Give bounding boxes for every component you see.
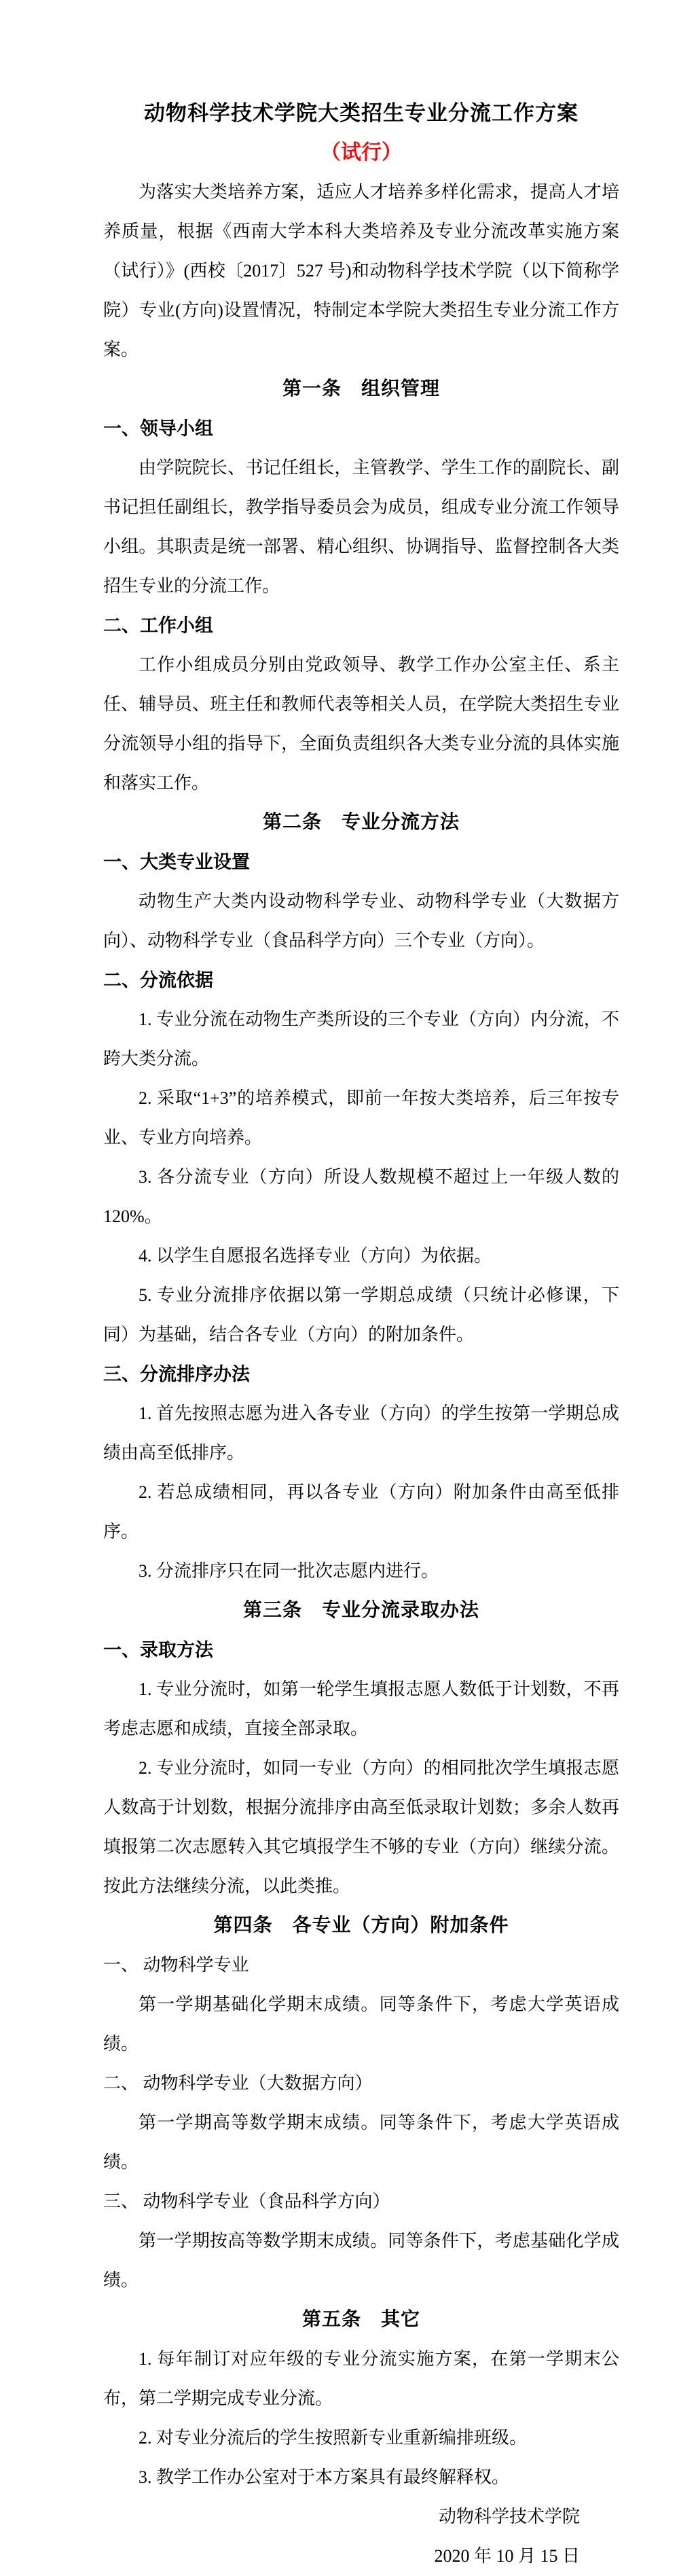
paragraph: 3. 各分流专业（方向）所设人数规模不超过上一年级人数的 120%。 xyxy=(103,1158,619,1236)
item-heading: 一、 动物科学专业 xyxy=(103,1946,619,1985)
item-heading: 三、 动物科学专业（食品科学方向） xyxy=(103,2182,619,2221)
document-subtitle: （试行） xyxy=(103,133,619,173)
section-1-heading: 第一条 组织管理 xyxy=(103,370,619,409)
signature-block: 动物科学技术学院 2020 年 10 月 15 日 xyxy=(103,2497,619,2576)
signature: 动物科学技术学院 xyxy=(103,2497,580,2537)
section-3: 第三条 专业分流录取办法 一、录取方法 1. 专业分流时，如第一轮学生填报志愿人… xyxy=(103,1591,619,1906)
section-3-heading: 第三条 专业分流录取办法 xyxy=(103,1591,619,1630)
section-1: 第一条 组织管理 一、领导小组 由学院院长、书记任组长，主管教学、学生工作的副院… xyxy=(103,370,619,803)
paragraph: 1. 专业分流时，如第一轮学生填报志愿人数低于计划数，不再考虑志愿和成绩，直接全… xyxy=(103,1670,619,1749)
section-2: 第二条 专业分流方法 一、大类专业设置 动物生产大类内设动物科学专业、动物科学专… xyxy=(103,803,619,1591)
paragraph: 工作小组成员分别由党政领导、教学工作办公室主任、系主任、辅导员、班主任和教师代表… xyxy=(103,645,619,803)
document-page: 动物科学技术学院大类招生专业分流工作方案 （试行） 为落实大类培养方案，适应人才… xyxy=(0,0,679,2336)
paragraph: 1. 专业分流在动物生产类所设的三个专业（方向）内分流，不跨大类分流。 xyxy=(103,1000,619,1079)
section-4-heading: 第四条 各专业（方向）附加条件 xyxy=(103,1906,619,1946)
subheading: 一、领导小组 xyxy=(103,409,619,448)
paragraph: 第一学期按高等数学期末成绩。同等条件下，考虑基础化学成绩。 xyxy=(103,2221,619,2300)
paragraph: 2. 专业分流时，如同一专业（方向）的相同批次学生填报志愿人数高于计划数，根据分… xyxy=(103,1749,619,1906)
subheading: 三、分流排序办法 xyxy=(103,1355,619,1394)
paragraph: 第一学期基础化学期末成绩。同等条件下，考虑大学英语成绩。 xyxy=(103,1985,619,2064)
subheading: 二、分流依据 xyxy=(103,961,619,1000)
section-2-heading: 第二条 专业分流方法 xyxy=(103,803,619,842)
paragraph: 动物生产大类内设动物科学专业、动物科学专业（大数据方向）、动物科学专业（食品科学… xyxy=(103,882,619,961)
paragraph: 3. 教学工作办公室对于本方案具有最终解释权。 xyxy=(103,2458,619,2497)
subheading: 二、工作小组 xyxy=(103,606,619,645)
subheading: 一、大类专业设置 xyxy=(103,842,619,882)
paragraph: 4. 以学生自愿报名选择专业（方向）为依据。 xyxy=(103,1236,619,1276)
paragraph: 3. 分流排序只在同一批次志愿内进行。 xyxy=(103,1552,619,1591)
subheading: 一、录取方法 xyxy=(103,1630,619,1670)
date: 2020 年 10 月 15 日 xyxy=(103,2537,580,2576)
paragraph: 5. 专业分流排序依据以第一学期总成绩（只统计必修课，下同）为基础，结合各专业（… xyxy=(103,1276,619,1355)
paragraph: 1. 首先按照志愿为进入各专业（方向）的学生按第一学期总成绩由高至低排序。 xyxy=(103,1394,619,1473)
section-4: 第四条 各专业（方向）附加条件 一、 动物科学专业 第一学期基础化学期末成绩。同… xyxy=(103,1906,619,2300)
paragraph: 由学院院长、书记任组长，主管教学、学生工作的副院长、副书记担任副组长，教学指导委… xyxy=(103,448,619,606)
section-5-heading: 第五条 其它 xyxy=(103,2300,619,2340)
paragraph: 2. 采取“1+3”的培养模式，即前一年按大类培养，后三年按专业、专业方向培养。 xyxy=(103,1079,619,1158)
document-title: 动物科学技术学院大类招生专业分流工作方案 xyxy=(103,94,619,133)
paragraph: 2. 对专业分流后的学生按照新专业重新编排班级。 xyxy=(103,2418,619,2458)
paragraph: 第一学期高等数学期末成绩。同等条件下，考虑大学英语成绩。 xyxy=(103,2103,619,2182)
intro-paragraph: 为落实大类培养方案，适应人才培养多样化需求，提高人才培养质量，根据《西南大学本科… xyxy=(103,173,619,370)
item-heading: 二、 动物科学专业（大数据方向） xyxy=(103,2064,619,2103)
paragraph: 1. 每年制订对应年级的专业分流实施方案，在第一学期末公布，第二学期完成专业分流… xyxy=(103,2340,619,2418)
paragraph: 2. 若总成绩相同，再以各专业（方向）附加条件由高至低排序。 xyxy=(103,1473,619,1552)
section-5: 第五条 其它 1. 每年制订对应年级的专业分流实施方案，在第一学期末公布，第二学… xyxy=(103,2300,619,2497)
